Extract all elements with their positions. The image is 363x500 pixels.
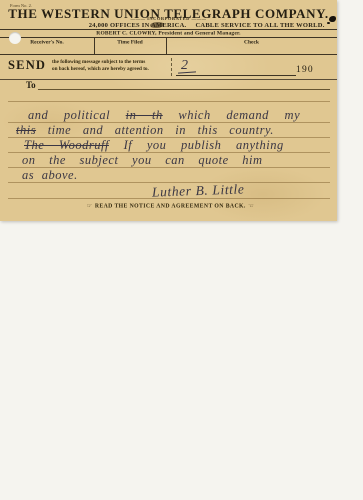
table-header-check: Check (209, 39, 295, 45)
offices-count: 24,000 OFFICES IN AMERICA. (89, 21, 187, 29)
handwriting-text: on the subject you can quote him (22, 153, 263, 167)
manicule-right-icon: ☜ (248, 203, 254, 209)
handwriting-text: If you publish anything (109, 138, 284, 152)
message-line: as above. (22, 168, 78, 183)
handwriting-text: and political (28, 108, 126, 122)
to-label: To (26, 80, 36, 90)
struck-text: The Woodruff (24, 138, 109, 152)
ink-blot (327, 22, 330, 24)
footer-notice-text: READ THE NOTICE AND AGREEMENT ON BACK. (95, 203, 246, 209)
send-terms-text: the following message subject to the ter… (52, 59, 149, 72)
cable-service: CABLE SERVICE TO ALL THE WORLD. (195, 21, 324, 29)
to-rule (38, 89, 330, 90)
scanned-page: Form No. 2. THE WESTERN UNION TELEGRAPH … (0, 0, 363, 500)
message-line: The Woodruff If you publish anything (24, 138, 284, 153)
send-divider (171, 58, 172, 76)
struck-text: this (16, 123, 36, 137)
table-header-time-filed: Time Filed (112, 39, 148, 45)
date-rule (176, 75, 296, 76)
message-line: this time and attention in this country. (16, 123, 274, 138)
table-divider (166, 38, 167, 54)
manager-line: ROBERT C. CLOWRY, President and General … (84, 30, 253, 36)
table-top-rule (0, 37, 337, 38)
send-terms-line2: on back hereof, which are hereby agreed … (52, 66, 149, 73)
offices-cable-line: 24,000 OFFICES IN AMERICA.CABLE SERVICE … (84, 21, 253, 29)
ruled-line (8, 101, 330, 102)
send-terms-line1: the following message subject to the ter… (52, 59, 149, 66)
table-divider (94, 38, 95, 54)
hole-punch (9, 32, 21, 44)
handwriting-text: which demand my (163, 108, 300, 122)
footer-notice: ☞READ THE NOTICE AND AGREEMENT ON BACK.☜ (84, 202, 253, 209)
message-line: and political in th which demand my (28, 108, 300, 123)
struck-text: in th (126, 108, 163, 122)
telegram-form: Form No. 2. THE WESTERN UNION TELEGRAPH … (0, 0, 337, 221)
signature: Luther B. Little (152, 181, 245, 200)
table-header-receivers-no: Receiver's No. (24, 39, 71, 45)
year-prefix: 190 (296, 65, 314, 75)
manicule-left-icon: ☞ (87, 203, 93, 209)
send-label: SEND (8, 58, 46, 73)
handwriting-text: as above. (22, 168, 78, 182)
table-bottom-rule (0, 54, 337, 55)
message-line: on the subject you can quote him (22, 153, 263, 168)
handwriting-text: time and attention in this country. (36, 123, 274, 137)
send-bottom-rule (0, 79, 337, 80)
